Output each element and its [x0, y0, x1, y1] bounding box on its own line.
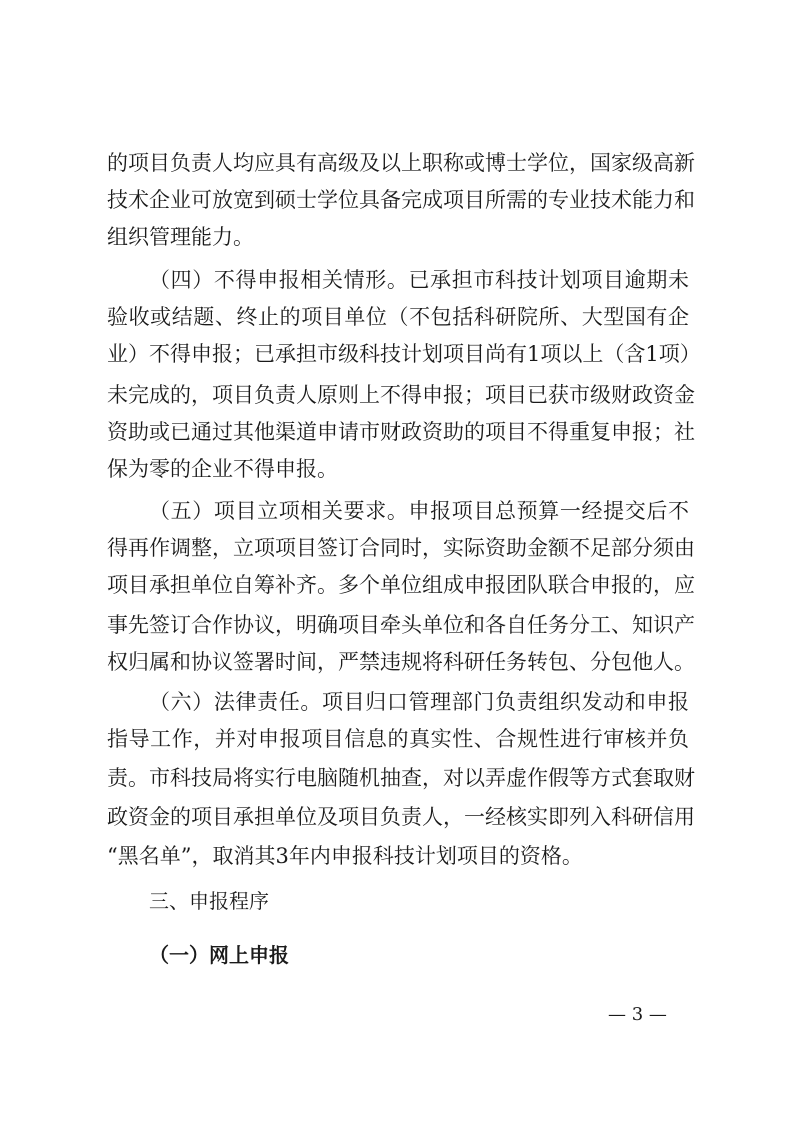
paragraph-line: 责。市科技局将实行电脑随机抽查，对以弄虚作假等方式套取财 [107, 764, 689, 792]
paragraph-line: （四）不得申报相关情形。已承担市科技计划项目逾期未 [149, 266, 689, 294]
paragraph-line: 的项目负责人均应具有高级及以上职称或博士学位，国家级高新 [107, 149, 689, 177]
subsection-heading: （一）网上申报 [149, 941, 289, 969]
paragraph-line: 验收或结题、终止的项目单位（不包括科研院所、大型国有企 [107, 303, 689, 331]
paragraph-line: 指导工作，并对申报项目信息的真实性、合规性进行审核并负 [107, 725, 689, 753]
paragraph-line: “黑名单”，取消其3年内申报科技计划项目的资格。 [107, 842, 689, 870]
page-number: — 3 — [608, 1003, 667, 1027]
paragraph-line: 政资金的项目承担单位及项目负责人，一经核实即列入科研信用 [107, 803, 689, 831]
paragraph-line: （五）项目立项相关要求。申报项目总预算一经提交后不 [149, 497, 689, 525]
paragraph-line: 未完成的，项目负责人原则上不得申报；项目已获市级财政资金 [107, 381, 689, 409]
paragraph-line: 技术企业可放宽到硕士学位具备完成项目所需的专业技术能力和 [107, 186, 689, 214]
paragraph-line: 得再作调整，立项项目签订合同时，实际资助金额不足部分须由 [107, 534, 689, 562]
paragraph-line: 权归属和协议签署时间，严禁违规将科研任务转包、分包他人。 [107, 648, 689, 676]
section-heading: 三、申报程序 [149, 887, 269, 915]
paragraph-line: 项目承担单位自筹补齐。多个单位组成申报团队联合申报的，应 [107, 571, 689, 599]
paragraph-line: 组织管理能力。 [107, 223, 689, 251]
paragraph-line: 资助或已通过其他渠道申请市财政资助的项目不得重复申报；社 [107, 418, 689, 446]
paragraph-line: 业）不得申报；已承担市级科技计划项目尚有1项以上（含1项） [107, 340, 689, 368]
paragraph-line: 事先签订合作协议，明确项目牵头单位和各自任务分工、知识产 [107, 611, 689, 639]
document-page: 的项目负责人均应具有高级及以上职称或博士学位，国家级高新 技术企业可放宽到硕士学… [0, 0, 792, 1122]
paragraph-line: 保为零的企业不得申报。 [107, 455, 689, 483]
paragraph-line: （六）法律责任。项目归口管理部门负责组织发动和申报 [149, 688, 689, 716]
